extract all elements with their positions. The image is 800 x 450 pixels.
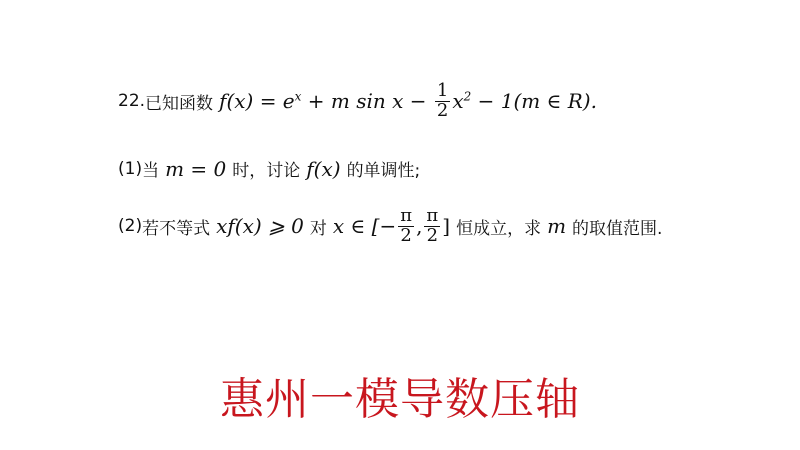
caption-title: 惠州一模导数压轴 [0, 363, 800, 427]
part-2-inequality: xf(x) ⩾ 0 [216, 214, 304, 238]
problem-intro: 已知函数 [145, 89, 213, 114]
fraction-neg-pi-half: π 2 [398, 207, 414, 246]
part-1-condition: m = 0 [165, 157, 226, 181]
part-2-var: m [547, 214, 566, 238]
function-mid: + m sin x − [301, 89, 432, 113]
problem-number: 22. [118, 91, 145, 111]
part-1: (1) 当 m = 0 时，讨论 f(x) 的单调性; [118, 156, 420, 181]
part-1-label: (1) [118, 159, 142, 179]
part-2-text: 对 [310, 214, 327, 239]
part-1-function: f(x) [306, 157, 340, 181]
part-2-text: 恒成立，求 [456, 214, 541, 239]
part-2: (2) 若不等式 xf(x) ⩾ 0 对 x ∈ [− π 2 , π 2 ] … [118, 207, 662, 246]
problem-statement: 22. 已知函数 f(x) = ex + m sin x − 1 2 x2 − … [118, 82, 597, 121]
domain-prefix: x ∈ [− [333, 214, 396, 238]
fraction-half: 1 2 [435, 82, 450, 121]
part-2-text: 若不等式 [142, 214, 210, 239]
part-2-label: (2) [118, 216, 142, 236]
part-1-text: 的单调性; [347, 156, 421, 181]
function-lhs: f(x) = ex [219, 89, 301, 113]
part-2-text: 的取值范围. [572, 214, 662, 239]
fraction-pi-half: π 2 [424, 207, 440, 246]
part-1-text: 时，讨论 [232, 156, 300, 181]
comma: , [416, 214, 422, 238]
function-tail: − 1(m ∈ R). [471, 89, 597, 113]
part-1-text: 当 [142, 156, 159, 181]
bracket-close: ] [442, 214, 450, 238]
function-x-squared: x2 [452, 89, 471, 113]
